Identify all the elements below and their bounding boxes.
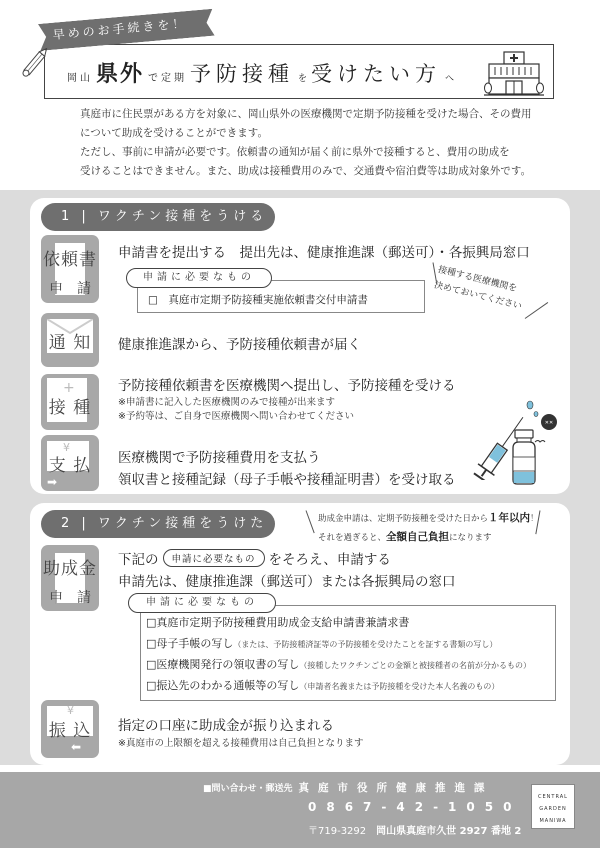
svg-text:✕✕: ✕✕ <box>545 420 553 426</box>
logo-line: MANIWA <box>532 815 574 827</box>
icon-label: 申 請 <box>41 278 99 298</box>
subsidy-main2: 申請先は、健康推進課（郵送可）または各振興局の窓口 <box>118 570 456 590</box>
subsidy-application-icon: 助成金 申 請 <box>41 545 99 611</box>
title-main2: 受けたい方 <box>311 58 441 88</box>
title-suffix: へ <box>445 71 454 84</box>
checklist-item: □母子手帳の写し（または、予防接種済証等の予防接種を受けたことを証する書類の写し… <box>146 635 497 651</box>
deadline-text: になります <box>449 533 492 543</box>
vaccination-icon: + 接 種 <box>41 374 99 430</box>
title-box: 岡山 県外 で定期 予防接種 を 受けたい方 へ <box>44 44 554 99</box>
payment-icon: ¥ ➡ 支 払 <box>41 435 99 491</box>
icon-label: 申 請 <box>41 587 99 607</box>
title-bold: 県外 <box>96 57 144 88</box>
deadline-note: 助成金申請は、定期予防接種を受けた日から１年以内！ それを過ぎると、全額自己負担… <box>318 509 548 547</box>
icon-label: 支 払 <box>41 451 99 476</box>
subsidy-main: 下記の 申請に必要なもの をそろえ、申請する <box>118 548 391 568</box>
transfer-icon: ¥ ⬅ 振 込 <box>41 700 99 758</box>
item-text: □振込先のわかる通帳等の写し <box>146 679 299 692</box>
contact-label: ■問い合わせ・郵送先 <box>203 784 293 794</box>
postal-code: 〒719-3292 <box>308 826 366 837</box>
item-text: □医療機関発行の領収書の写し <box>146 658 299 671</box>
deadline-line2: それを過ぎると、全額自己負担になります <box>318 528 548 547</box>
logo-line: CENTRAL <box>532 791 574 803</box>
section1-title: 1 | ワクチン接種をうける前 <box>41 203 275 231</box>
hospital-icon <box>484 48 544 98</box>
transfer-main: 指定の口座に助成金が振り込まれる <box>118 714 334 734</box>
icon-label: 振 込 <box>41 716 99 741</box>
icon-label: 接 種 <box>41 393 99 418</box>
footer-address: 〒719-3292岡山県真庭市久世 2927 番地 2 <box>308 822 521 837</box>
item-text: □真庭市定期予防接種費用助成金支給申請書兼請求書 <box>146 616 409 629</box>
checklist-item: □医療機関発行の領収書の写し（接種したワクチンごとの金額と被接種者の名前が分かる… <box>146 656 531 672</box>
footer-contact: ■問い合わせ・郵送先真庭市役所健康推進課 <box>203 780 494 795</box>
deadline-emphasis: １年以内 <box>488 512 530 524</box>
title-main: 予防接種 <box>190 58 294 88</box>
note-line: ※予約等は、ご自身で医療機関へ問い合わせてください <box>118 410 354 424</box>
transfer-note: ※真庭市の上限額を超える接種費用は自己負担となります <box>118 737 363 751</box>
deadline-emphasis: 全額自己負担 <box>386 531 449 543</box>
intro-line: 真庭市に住民票がある方を対象に、岡山県外の医療機関で定期予防接種を受けた場合、そ… <box>80 105 550 124</box>
intro-text: 真庭市に住民票がある方を対象に、岡山県外の医療機関で定期予防接種を受けた場合、そ… <box>80 105 550 181</box>
item-text: □母子手帳の写し <box>146 637 233 650</box>
title-prefix: 岡山 <box>67 69 93 84</box>
required-items-label: 申請に必要なもの <box>128 593 276 613</box>
checklist-item: □ 真庭市定期予防接種実施依頼書交付申請書 <box>148 292 368 307</box>
deadline-text: 助成金申請は、定期予防接種を受けた日から <box>318 514 488 524</box>
step4-main: 医療機関で予防接種費用を支払う <box>118 446 321 466</box>
item-note: （申請者名義または予防接種を受けた本人名義のもの） <box>299 682 499 691</box>
notice-icon: 通 知 <box>41 313 99 367</box>
intro-line: 受けることはできません。また、助成は接種費用のみで、交通費や宿泊費等は助成対象外… <box>80 162 550 181</box>
required-items-label: 申請に必要なもの <box>126 268 272 288</box>
item-note: （接種したワクチンごとの金額と被接種者の名前が分かるもの） <box>299 661 531 670</box>
request-application-icon: 依頼書 申 請 <box>41 235 99 303</box>
step1-main: 申請書を提出する 提出先は、健康推進課（郵送可）・各振興局窓口 <box>118 241 530 261</box>
required-items-inline-pill: 申請に必要なもの <box>163 549 265 567</box>
icon-label: 通 知 <box>41 328 99 353</box>
central-garden-maniwa-logo: CENTRAL GARDEN MANIWA <box>531 784 575 829</box>
logo-line: GARDEN <box>532 803 574 815</box>
pencil-icon <box>16 42 56 82</box>
step3-note: ※申請書に記入した医療機関のみで接種が出来ます ※予約等は、ご自身で医療機関へ問… <box>118 396 354 424</box>
footer-phone: 0867-42-1050 <box>308 800 521 814</box>
intro-line: について助成を受けることができます。 <box>80 124 550 143</box>
note-line: ※申請書に記入した医療機関のみで接種が出来ます <box>118 396 354 410</box>
checklist-item: □真庭市定期予防接種費用助成金支給申請書兼請求書 <box>146 614 409 630</box>
title-particle: を <box>298 71 307 84</box>
arrow-right-icon: ➡ <box>47 475 57 489</box>
deadline-text: それを過ぎると、 <box>318 533 386 543</box>
department-name: 真庭市役所健康推進課 <box>299 782 494 794</box>
icon-label: 依頼書 <box>41 245 99 270</box>
page-title: 岡山 県外 で定期 予防接種 を 受けたい方 へ <box>67 57 458 88</box>
deadline-line1: 助成金申請は、定期予防接種を受けた日から１年以内！ <box>318 509 548 528</box>
step2-main: 健康推進課から、予防接種依頼書が届く <box>118 333 361 353</box>
vial-icon: ✕✕ <box>505 412 565 486</box>
step3-main: 予防接種依頼書を医療機関へ提出し、予防接種を受ける <box>118 374 456 394</box>
arrow-left-icon: ⬅ <box>71 740 81 754</box>
main-text: をそろえ、申請する <box>269 548 391 568</box>
intro-line: ただし、事前に申請が必要です。依頼書の通知が届く前に県外で接種すると、費用の助成… <box>80 143 550 162</box>
title-mid: で定期 <box>148 69 187 84</box>
main-text: 下記の <box>118 548 159 568</box>
icon-label: 助成金 <box>41 554 99 579</box>
step4-main2: 領収書と接種記録（母子手帳や接種証明書）を受け取る <box>118 468 456 488</box>
checklist-item: □振込先のわかる通帳等の写し（申請者名義または予防接種を受けた本人名義のもの） <box>146 677 499 693</box>
section2-title: 2 | ワクチン接種をうけた後 <box>41 510 275 538</box>
address: 岡山県真庭市久世 2927 番地 2 <box>376 826 521 837</box>
item-note: （または、予防接種済証等の予防接種を受けたことを証する書類の写し） <box>233 640 497 649</box>
